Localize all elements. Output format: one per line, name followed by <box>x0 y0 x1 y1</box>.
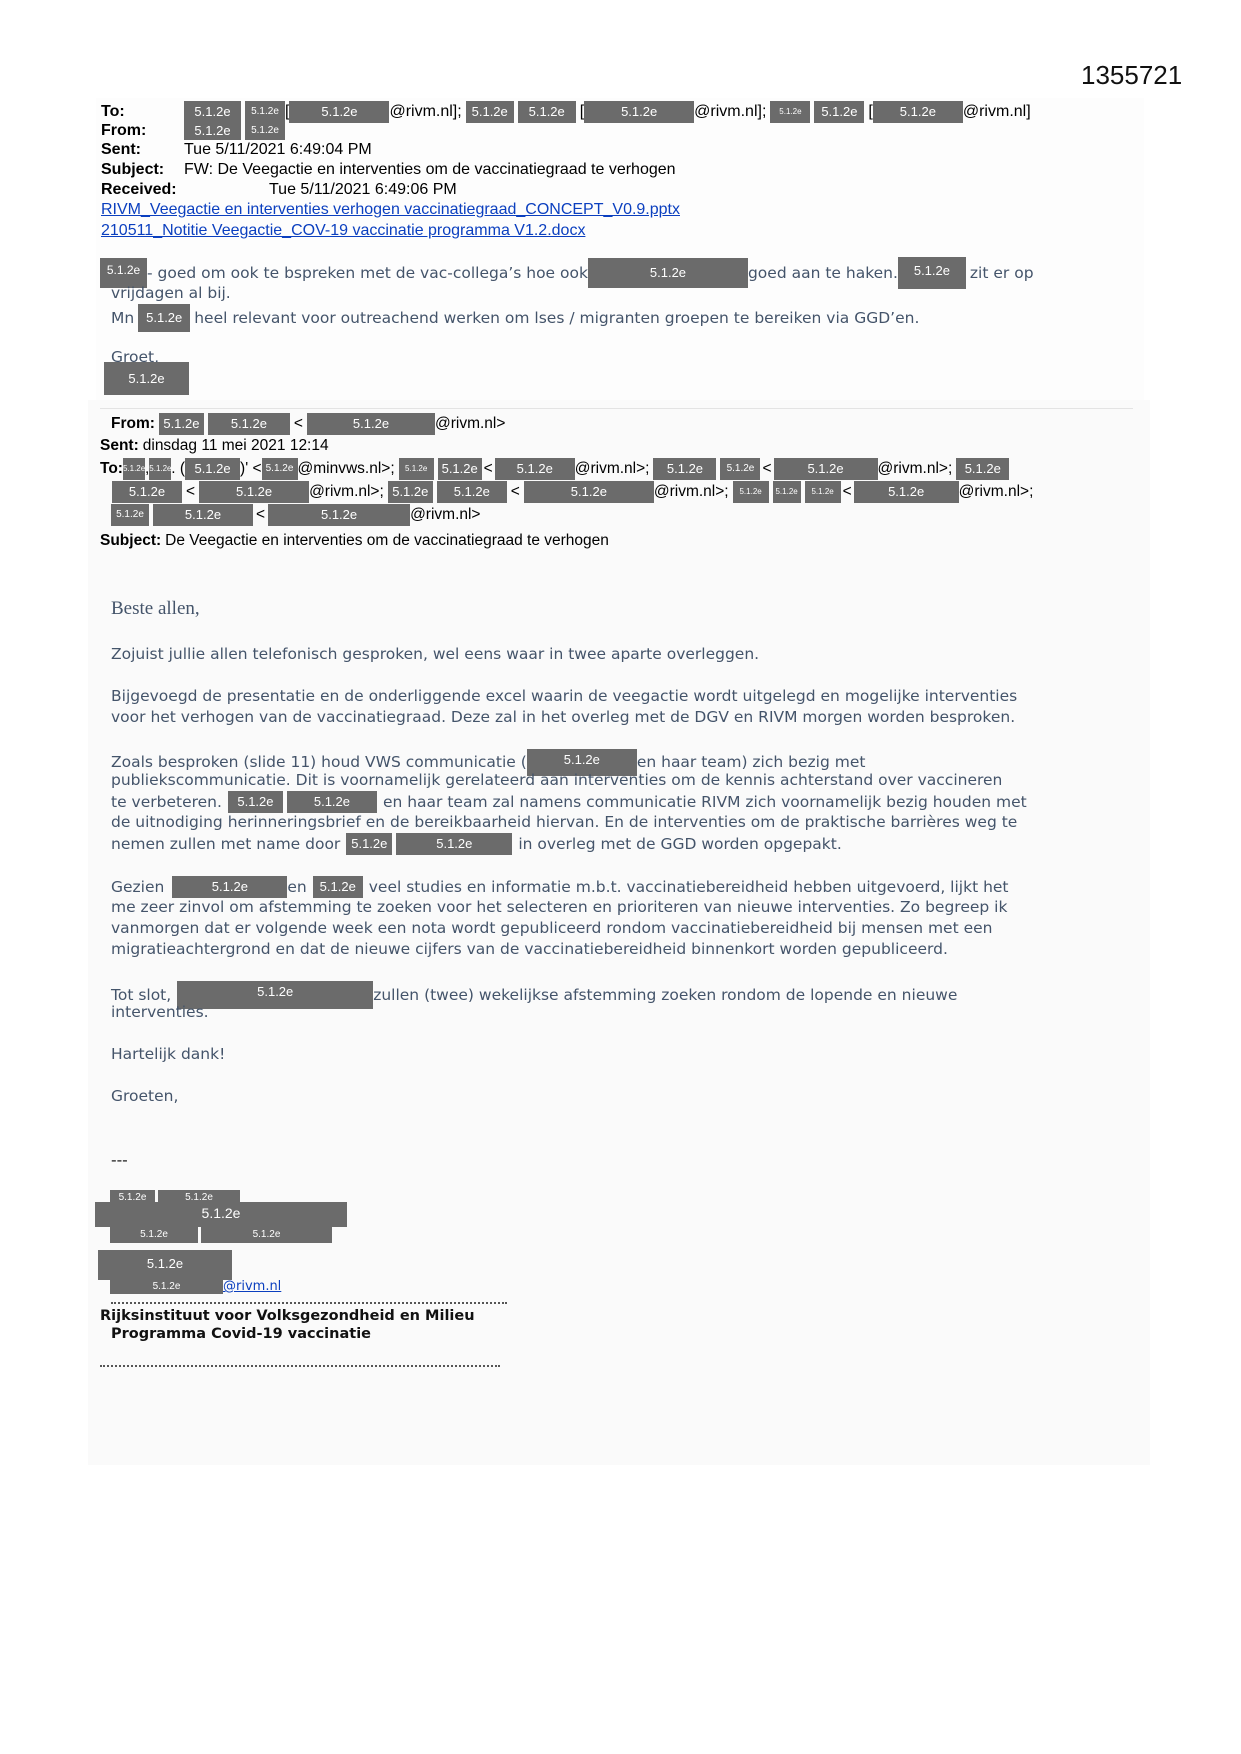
outer-subject-row: Subject: FW: De Veegactie en interventie… <box>101 160 676 180</box>
redaction: 5.1.2e <box>770 101 810 123</box>
thanks-line: Hartelijk dank! <box>111 1044 225 1065</box>
signature-email: @rivm.nl <box>223 1279 281 1294</box>
org-name: Rijksinstituut voor Volksgezondheid en M… <box>100 1307 475 1325</box>
outer-from-row: From: 5.1.2e 5.1.2e <box>101 121 285 141</box>
dashes: --- <box>111 1150 128 1171</box>
to-label: To: <box>101 102 184 122</box>
signature-email-link[interactable]: @rivm.nl <box>223 1279 281 1294</box>
redaction: 5.1.2e <box>98 1250 232 1280</box>
redaction: 5.1.2e <box>138 304 190 332</box>
attachment-row: 210511_Notitie Veegactie_COV-19 vaccinat… <box>101 221 585 241</box>
redaction: 5.1.2e <box>873 101 963 123</box>
outer-sent-row: Sent: Tue 5/11/2021 6:49:04 PM <box>101 140 372 160</box>
inner-to-row-3: 5.1.2e 5.1.2e < 5.1.2e @rivm.nl> <box>111 504 481 526</box>
redaction: 5.1.2e <box>466 101 514 123</box>
inner-from-row: From: 5.1.2e 5.1.2e < 5.1.2e @rivm.nl> <box>111 413 505 435</box>
outer-body-line: 5.1.2e - goed om ook te bspreken met de … <box>100 257 1034 289</box>
paragraph-line: interventies. <box>111 1002 209 1023</box>
outer-signature: 5.1.2e <box>104 362 189 395</box>
to-label: To: <box>100 458 123 480</box>
dotted-divider <box>100 1365 500 1367</box>
outer-received-row: Received: Tue 5/11/2021 6:49:06 PM <box>101 180 457 200</box>
redaction: 5.1.2e <box>814 101 864 123</box>
email-domain: @rivm.nl] <box>963 102 1031 122</box>
subject-value: FW: De Veegactie en interventies om de v… <box>184 160 676 180</box>
inner-to-row: To: 5.1.2e, 5.1.2e. ( 5.1.2e)' < 5.1.2e … <box>100 458 1009 480</box>
sent-value: Tue 5/11/2021 6:49:04 PM <box>184 140 372 160</box>
paragraph-line: migratieachtergrond en dat de nieuwe cij… <box>111 939 948 960</box>
outer-to-row: To: 5.1.2e 5.1.2e [ 5.1.2e @rivm.nl]; 5.… <box>101 101 1031 123</box>
paragraph-line: voor het verhogen van de vaccinatiegraad… <box>111 707 1015 728</box>
redaction: 5.1.2e <box>307 413 435 435</box>
subject-label: Subject: <box>100 530 161 552</box>
attachment-link-pptx[interactable]: RIVM_Veegactie en interventies verhogen … <box>101 200 680 220</box>
received-label: Received: <box>101 180 269 200</box>
received-value: Tue 5/11/2021 6:49:06 PM <box>269 180 457 200</box>
paragraph-line: Gezien 5.1.2e en 5.1.2e veel studies en … <box>111 876 1009 898</box>
outer-body-line: vrijdagen al bij. <box>111 283 231 304</box>
attachment-link-docx[interactable]: 210511_Notitie Veegactie_COV-19 vaccinat… <box>101 221 585 241</box>
redaction: 5.1.2e <box>245 122 285 140</box>
paragraph-line: nemen zullen met name door 5.1.2e 5.1.2e… <box>111 833 842 855</box>
subject-value: De Veegactie en interventies om de vacci… <box>165 530 609 552</box>
redaction: 5.1.2e <box>159 413 204 435</box>
salutation: Beste allen, <box>111 598 200 620</box>
redaction: 5.1.2e <box>584 101 694 123</box>
paragraph-line: Tot slot, 5.1.2e zullen (twee) wekelijks… <box>111 981 957 1009</box>
from-label: From: <box>101 121 184 141</box>
redaction: 5.1.2e <box>208 413 290 435</box>
redaction: 5.1.2e <box>184 101 241 123</box>
paragraph-line: Zojuist jullie allen telefonisch gesprok… <box>111 644 759 665</box>
paragraph-line: vanmorgen dat er volgende week een nota … <box>111 918 993 939</box>
redaction: 5.1.2e <box>588 258 748 288</box>
redaction: 5.1.2e <box>201 1227 332 1243</box>
email-domain: @rivm.nl]; <box>694 102 766 122</box>
document-id: 1355721 <box>1081 60 1182 91</box>
closing-line: Groeten, <box>111 1086 178 1107</box>
divider <box>100 408 1133 409</box>
email-domain: @rivm.nl> <box>435 413 505 435</box>
inner-to-row-2: 5.1.2e < 5.1.2e @rivm.nl>; 5.1.2e 5.1.2e… <box>112 481 1033 503</box>
sent-label: Sent: <box>100 435 139 457</box>
sent-label: Sent: <box>101 140 184 160</box>
attachment-row: RIVM_Veegactie en interventies verhogen … <box>101 200 680 220</box>
redaction: 5.1.2e <box>95 1202 347 1227</box>
paragraph-line: de uitnodiging herinneringsbrief en de b… <box>111 812 1017 833</box>
redaction: 5.1.2e <box>104 362 189 395</box>
redaction: 5.1.2e <box>289 101 389 123</box>
redaction: 5.1.2e <box>245 101 285 123</box>
redaction: 5.1.2e <box>110 1280 223 1294</box>
paragraph-line: te verbeteren. 5.1.2e 5.1.2e en haar tea… <box>111 791 1027 813</box>
inner-sent-row: Sent: dinsdag 11 mei 2021 12:14 <box>100 435 329 457</box>
outer-body-line: Mn 5.1.2e heel relevant voor outreachend… <box>111 304 919 332</box>
subject-label: Subject: <box>101 160 184 180</box>
redaction: 5.1.2e <box>898 257 966 289</box>
sent-value: dinsdag 11 mei 2021 12:14 <box>143 435 329 457</box>
redaction: 5.1.2e <box>518 101 576 123</box>
inner-subject-row: Subject: De Veegactie en interventies om… <box>100 530 609 552</box>
redaction: 5.1.2e <box>110 1227 198 1243</box>
paragraph-line: me zeer zinvol om afstemming te zoeken v… <box>111 897 1007 918</box>
org-program: Programma Covid-19 vaccinatie <box>111 1325 371 1343</box>
dotted-divider <box>111 1302 507 1304</box>
redaction: 5.1.2e <box>184 122 241 140</box>
paragraph-line: Bijgevoegd de presentatie en de onderlig… <box>111 686 1017 707</box>
email-domain: @rivm.nl]; <box>389 102 461 122</box>
from-label: From: <box>111 413 155 435</box>
paragraph-line: publiekscommunicatie. Dit is voornamelij… <box>111 770 1002 791</box>
